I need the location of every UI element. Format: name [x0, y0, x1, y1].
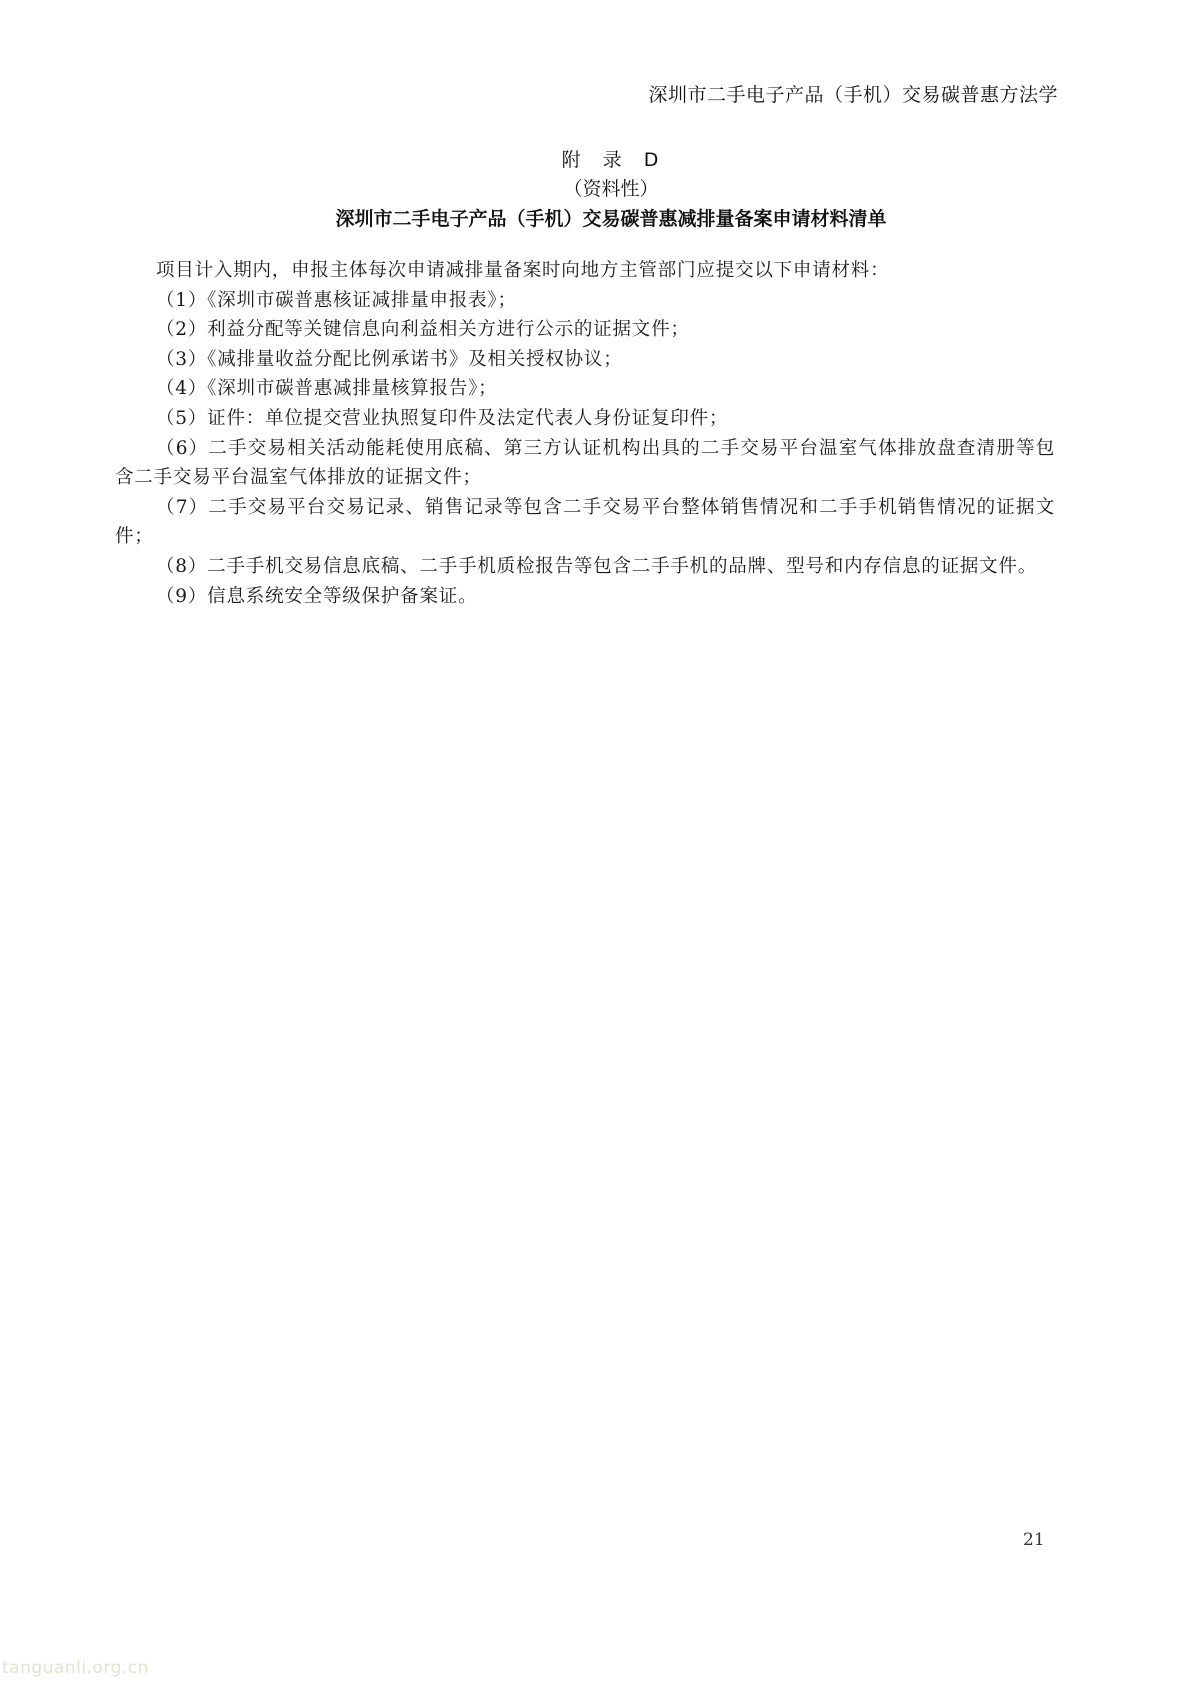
list-item: （9）信息系统安全等级保护备案证。	[115, 582, 1055, 612]
appendix-title-block: 附 录 D （资料性） 深圳市二手电子产品（手机）交易碳普惠减排量备案申请材料清…	[0, 146, 1190, 234]
list-item: （7）二手交易平台交易记录、销售记录等包含二手交易平台整体销售情况和二手手机销售…	[115, 493, 1055, 552]
list-item: （1）《深圳市碳普惠核证减排量申报表》；	[115, 286, 1055, 316]
intro-paragraph: 项目计入期内，申报主体每次申请减排量备案时向地方主管部门应提交以下申请材料：	[115, 256, 1055, 286]
body-text: 项目计入期内，申报主体每次申请减排量备案时向地方主管部门应提交以下申请材料： （…	[115, 256, 1055, 611]
list-item: （5）证件：单位提交营业执照复印件及法定代表人身份证复印件；	[115, 404, 1055, 434]
appendix-nature: （资料性）	[32, 175, 1190, 203]
watermark: tanguanli.org.cn	[2, 1658, 149, 1678]
appendix-label: 附 录 D	[32, 146, 1190, 174]
list-item: （2）利益分配等关键信息向利益相关方进行公示的证据文件；	[115, 315, 1055, 345]
page-number: 21	[1023, 1530, 1045, 1550]
list-item: （6）二手交易相关活动能耗使用底稿、第三方认证机构出具的二手交易平台温室气体排放…	[115, 434, 1055, 493]
list-item: （8）二手手机交易信息底稿、二手手机质检报告等包含二手手机的品牌、型号和内存信息…	[115, 552, 1055, 582]
list-item: （4）《深圳市碳普惠减排量核算报告》；	[115, 374, 1055, 404]
running-header: 深圳市二手电子产品（手机）交易碳普惠方法学	[648, 80, 1058, 107]
list-item: （3）《减排量收益分配比例承诺书》及相关授权协议；	[115, 345, 1055, 375]
appendix-title: 深圳市二手电子产品（手机）交易碳普惠减排量备案申请材料清单	[32, 204, 1190, 234]
